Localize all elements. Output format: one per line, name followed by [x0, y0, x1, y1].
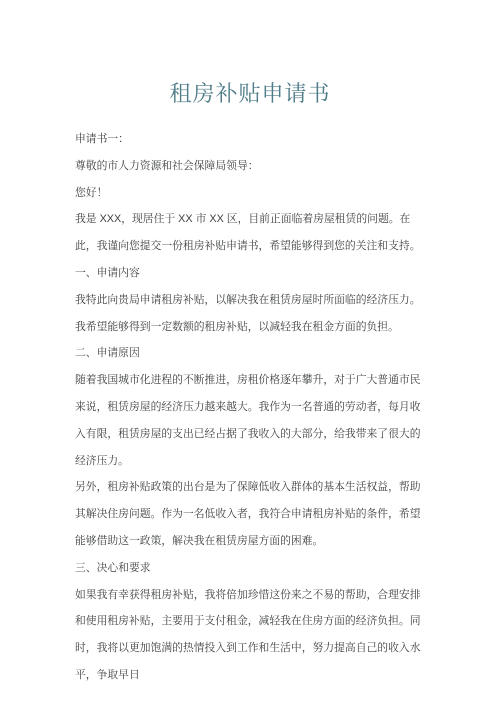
paragraph-reason-policy: 另外，租房补贴政策的出台是为了保障低收入群体的基本生活权益，帮助其解决住房问题。… — [75, 474, 425, 554]
document-page: 租房补贴申请书 申请书一： 尊敬的市人力资源和社会保障局领导： 您好！ 我是 X… — [0, 0, 500, 707]
document-body: 申请书一： 尊敬的市人力资源和社会保障局领导： 您好！ 我是 XXX，现居住于 … — [75, 110, 425, 689]
paragraph-reason-economic-pressure: 随着我国城市化进程的不断推进，房租价格逐年攀升，对于广大普通市民来说，租赁房屋的… — [75, 367, 425, 474]
paragraph-determination: 如果我有幸获得租房补贴，我将倍加珍惜这份来之不易的帮助，合理安排和使用租房补贴，… — [75, 582, 425, 689]
paragraph-application-content: 我特此向贵局申请租房补贴，以解决我在租赁房屋时所面临的经济压力。我希望能够得到一… — [75, 287, 425, 341]
paragraph-greeting: 您好！ — [75, 180, 425, 207]
paragraph-application-label: 申请书一： — [75, 126, 425, 153]
document-title: 租房补贴申请书 — [0, 0, 500, 110]
paragraph-introduction: 我是 XXX，现居住于 XX 市 XX 区，目前正面临着房屋租赁的问题。在此，我… — [75, 206, 425, 260]
section-heading-determination: 三、决心和要求 — [75, 555, 425, 582]
section-heading-application-reason: 二、申请原因 — [75, 340, 425, 367]
section-heading-application-content: 一、申请内容 — [75, 260, 425, 287]
paragraph-salutation: 尊敬的市人力资源和社会保障局领导： — [75, 153, 425, 180]
